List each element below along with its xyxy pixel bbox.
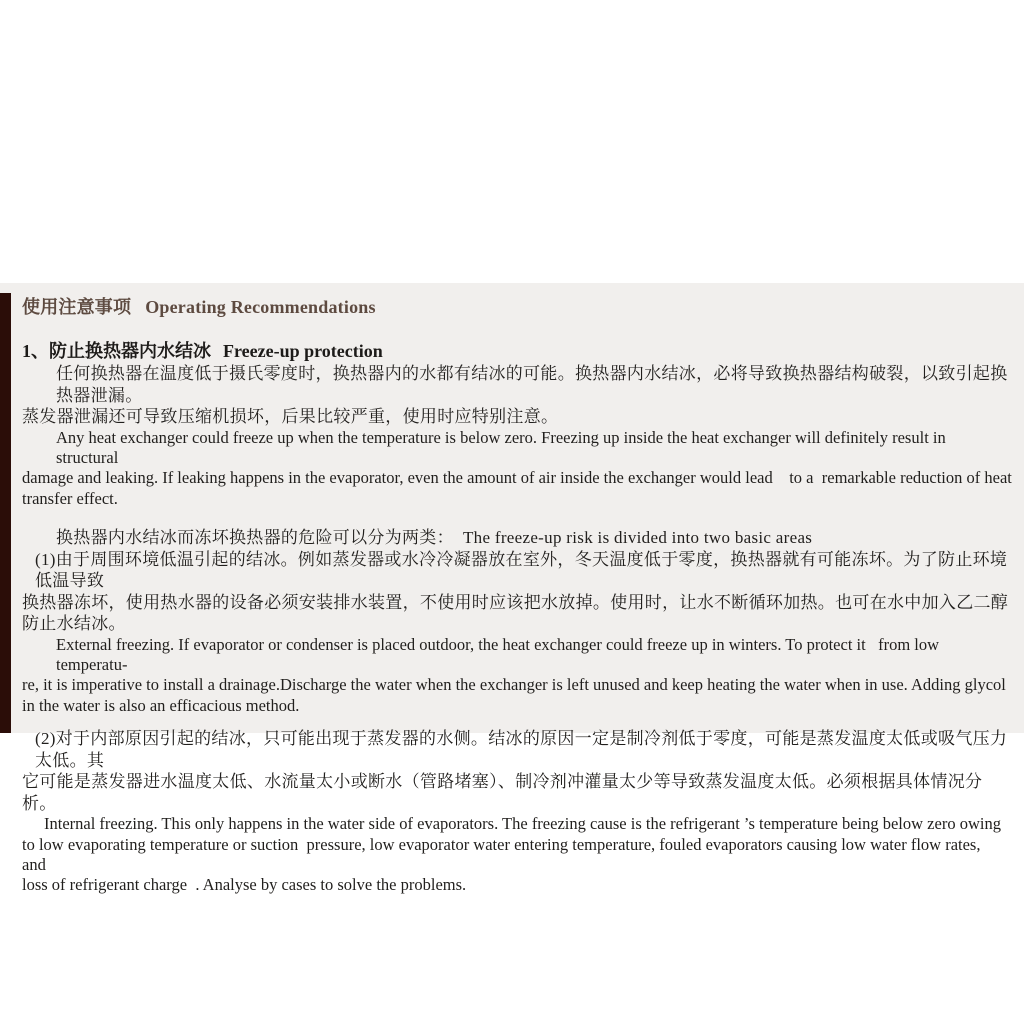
section-title-zh: 1、防止换热器内水结冰 [22, 341, 211, 361]
text-line: 它可能是蒸发器进水温度太低、水流量太小或断水（管路堵塞）、制冷剂冲灌量太少等导致… [22, 771, 1012, 814]
left-edge-accent-bar [0, 293, 11, 733]
paragraph-two-areas: 换热器内水结冰而冻坏换热器的危险可以分为两类： The freeze-up ri… [22, 527, 1012, 549]
section-title-en: Freeze-up protection [223, 341, 383, 361]
text-line: External freezing. If evaporator or cond… [22, 635, 1012, 676]
paragraph-external-freezing-zh: (1)由于周围环境低温引起的结冰。例如蒸发器或水冷冷凝器放在室外，冬天温度低于零… [22, 549, 1012, 635]
text-line: to low evaporating temperature or suctio… [22, 835, 1012, 876]
text-line: Any heat exchanger could freeze up when … [22, 428, 1012, 469]
text-line: in the water is also an efficacious meth… [22, 696, 1012, 716]
text-line: transfer effect. [22, 489, 1012, 509]
text-line: 蒸发器泄漏还可导致压缩机损坏，后果比较严重，使用时应特别注意。 [22, 406, 1012, 428]
section-title: 1、防止换热器内水结冰Freeze-up protection [22, 339, 1012, 363]
text-line: re, it is imperative to install a draina… [22, 675, 1012, 695]
text-line: 换热器冻坏，使用热水器的设备必须安装排水装置，不使用时应该把水放掉。使用时，让水… [22, 592, 1012, 635]
document-page: 使用注意事项Operating Recommendations 1、防止换热器内… [0, 0, 1024, 1024]
paragraph-freeze-risk-zh: 任何换热器在温度低于摄氏零度时，换热器内的水都有结冰的可能。换热器内水结冰，必将… [22, 363, 1012, 428]
text-line: Internal freezing. This only happens in … [22, 814, 1012, 834]
paragraph-internal-freezing-en: Internal freezing. This only happens in … [22, 814, 1012, 896]
text-line: (1)由于周围环境低温引起的结冰。例如蒸发器或水冷冷凝器放在室外，冬天温度低于零… [22, 549, 1012, 592]
paragraph-internal-freezing-zh: (2)对于内部原因引起的结冰，只可能出现于蒸发器的水侧。结冰的原因一定是制冷剂低… [22, 728, 1012, 814]
paragraph-external-freezing-en: External freezing. If evaporator or cond… [22, 635, 1012, 717]
page-title: 使用注意事项Operating Recommendations [22, 295, 1012, 319]
page-title-en: Operating Recommendations [145, 297, 375, 317]
text-line: 换热器内水结冰而冻坏换热器的危险可以分为两类： The freeze-up ri… [22, 527, 1012, 549]
content-band: 使用注意事项Operating Recommendations 1、防止换热器内… [0, 283, 1024, 733]
page-title-zh: 使用注意事项 [22, 297, 131, 317]
text-line: 任何换热器在温度低于摄氏零度时，换热器内的水都有结冰的可能。换热器内水结冰，必将… [22, 363, 1012, 406]
paragraph-freeze-risk-en: Any heat exchanger could freeze up when … [22, 428, 1012, 510]
text-line: loss of refrigerant charge . Analyse by … [22, 875, 1012, 895]
document-content: 使用注意事项Operating Recommendations 1、防止换热器内… [22, 295, 1012, 896]
text-line: (2)对于内部原因引起的结冰，只可能出现于蒸发器的水侧。结冰的原因一定是制冷剂低… [22, 728, 1012, 771]
text-line: damage and leaking. If leaking happens i… [22, 468, 1012, 488]
